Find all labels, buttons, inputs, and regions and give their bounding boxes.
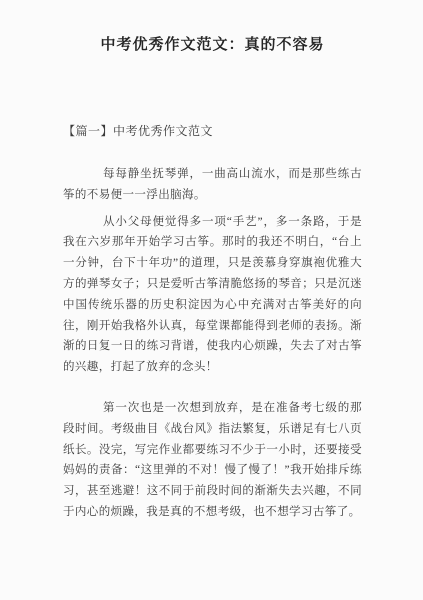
document-page: 中考优秀作文范文：真的不容易 【篇一】中考优秀作文范文 每每静坐抚琴弹，一曲高山… [0, 0, 423, 600]
essay-paragraph-1: 每每静坐抚琴弹，一曲高山流水，而是那些练古筝的不易便一一浮出脑海。 [63, 164, 362, 206]
document-title: 中考优秀作文范文：真的不容易 [63, 34, 362, 56]
essay-paragraph-2: 从小父母便觉得多一项“手艺”，多一条路，于是我在六岁那年开始学习古筝。那时的我还… [63, 212, 362, 378]
essay-paragraph-3: 第一次也是一次想到放弃，是在准备考七级的那段时间。考级曲目《战台风》指法繁复，乐… [63, 398, 362, 523]
section-heading: 【篇一】中考优秀作文范文 [63, 122, 362, 141]
